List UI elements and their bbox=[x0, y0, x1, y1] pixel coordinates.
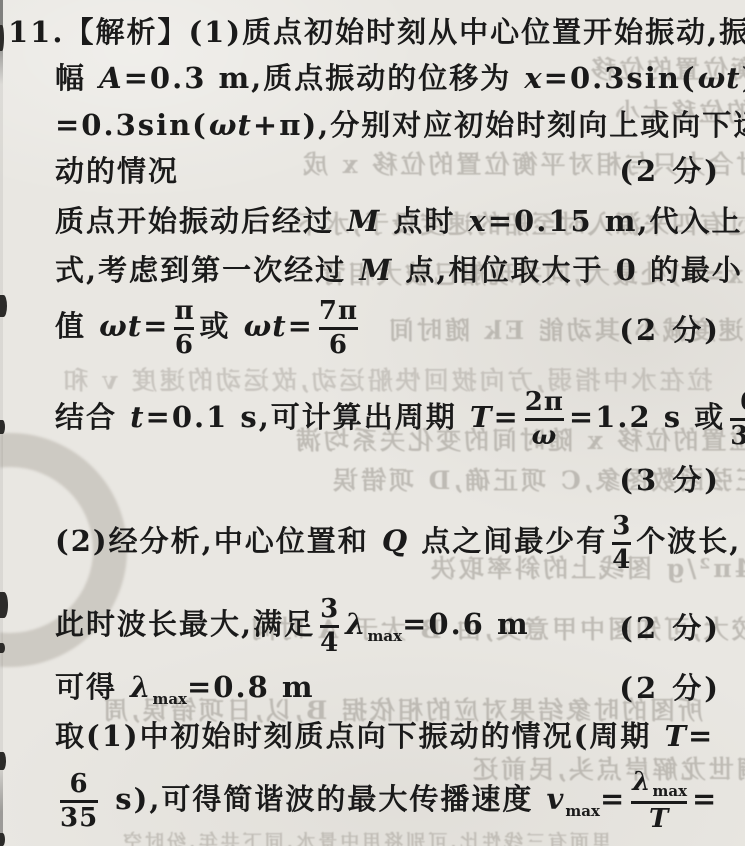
fraction-denominator: 6 bbox=[329, 332, 348, 359]
math-variable: v bbox=[546, 782, 566, 816]
fraction-numerator: 6 bbox=[740, 389, 745, 416]
text-line: 质点开始振动后经过 M 点时 x=0.15 m,代入上 bbox=[55, 195, 721, 243]
text-run: 11.【解析】(1)质点初始时刻从中心位置开始振动,振 bbox=[8, 15, 745, 49]
text-run: = bbox=[493, 400, 519, 434]
math-variable: M bbox=[358, 253, 393, 287]
score-badge: (2 分) bbox=[619, 666, 721, 707]
line-content: 值 ωt=π6或 ωt=7π6 bbox=[55, 298, 363, 358]
text-line: 此时波长最大,满足34λmax=0.6 m(2 分) bbox=[55, 597, 721, 655]
text-line: 幅 A=0.3 m,质点振动的位移为 x=0.3sin(ωt)或 x bbox=[55, 52, 721, 100]
text-run: 3 bbox=[320, 594, 339, 624]
line-content: 取(1)中初始时刻质点向下振动的情况(周期 T= bbox=[55, 714, 714, 755]
fraction-denominator: 4 bbox=[612, 547, 631, 574]
math-variable: T bbox=[663, 719, 688, 753]
text-run: 4 bbox=[320, 628, 339, 658]
text-run: =0.6 m bbox=[402, 607, 530, 641]
text-run: 7π bbox=[319, 296, 358, 326]
text-run: 动的情况 bbox=[55, 154, 179, 188]
text-run: 此时波长最大,满足 bbox=[55, 607, 315, 641]
text-run: =1.2 s 或 bbox=[569, 400, 725, 434]
line-content: 635 s),可得简谐波的最大传播速度 vmax=λmaxT= bbox=[55, 769, 718, 833]
subscript: max bbox=[565, 802, 600, 820]
fraction: 2πω bbox=[525, 389, 564, 449]
text-run: 35 bbox=[60, 803, 98, 833]
text-run: 6 bbox=[740, 387, 745, 417]
line-content: 此时波长最大,满足34λmax=0.6 m bbox=[55, 596, 530, 656]
fraction-numerator: 2π bbox=[525, 389, 564, 416]
fraction-denominator: 6 bbox=[175, 332, 194, 359]
math-variable: λ bbox=[631, 767, 652, 797]
fraction-denominator: 4 bbox=[320, 630, 339, 657]
math-variable: M bbox=[346, 204, 381, 238]
text-run: 质点开始振动后经过 bbox=[55, 204, 346, 238]
fraction: π6 bbox=[174, 298, 194, 358]
text-lines: 11.【解析】(1)质点初始时刻从中心位置开始振动,振幅 A=0.3 m,质点振… bbox=[0, 0, 745, 846]
fraction-denominator: 35 bbox=[60, 805, 98, 832]
subscript: max bbox=[152, 689, 187, 707]
text-run: 3 bbox=[612, 511, 631, 541]
text-run: 个波长, bbox=[636, 524, 741, 558]
text-run: 幅 bbox=[55, 61, 98, 95]
math-variable: T bbox=[648, 804, 670, 834]
text-line: 值 ωt=π6或 ωt=7π6(2 分) bbox=[55, 300, 721, 356]
score-badge: (2 分) bbox=[619, 606, 721, 647]
text-run: = bbox=[688, 719, 714, 753]
fraction-numerator: 6 bbox=[70, 771, 89, 798]
text-run: = bbox=[288, 309, 314, 343]
fraction: 34 bbox=[612, 513, 631, 573]
text-run: 点时 bbox=[381, 204, 467, 238]
score-badge: (2 分) bbox=[619, 308, 721, 349]
fraction: 635 bbox=[730, 389, 745, 449]
fraction: 7π6 bbox=[319, 298, 358, 358]
math-variable: λ bbox=[344, 607, 367, 641]
subscript: max bbox=[652, 782, 687, 800]
edge-speck bbox=[0, 833, 5, 846]
text-run: 式,考虑到第一次经过 bbox=[55, 253, 358, 287]
line-content: 结合 t=0.1 s,可计算出周期 T=2πω=1.2 s 或635 s bbox=[55, 389, 745, 449]
text-run: =0.8 m bbox=[187, 670, 315, 704]
text-line: (2)经分析,中心位置和 Q 点之间最少有34个波长, bbox=[55, 514, 721, 572]
math-variable: ωt bbox=[98, 309, 143, 343]
math-variable: T bbox=[469, 400, 494, 434]
text-run: s),可得简谐波的最大传播速度 bbox=[103, 782, 545, 816]
line-content: 动的情况 bbox=[55, 149, 179, 190]
text-line: 可得 λmax=0.8 m(2 分) bbox=[55, 662, 721, 710]
line-content: 式,考虑到第一次经过 M 点,相位取大于 0 的最小 bbox=[55, 248, 743, 289]
math-variable: ω bbox=[530, 421, 558, 451]
scanned-solution-page: 动的速度与相对平衡位置的位移合力与轴相对平衡位置的位移大小到时合力只与相对平衡位… bbox=[0, 0, 745, 846]
text-line: 式,考虑到第一次经过 M 点,相位取大于 0 的最小 bbox=[55, 244, 721, 292]
text-run: (2)经分析,中心位置和 bbox=[55, 524, 381, 558]
fraction: 635 bbox=[60, 771, 98, 831]
fraction-numerator: λmax bbox=[631, 769, 687, 799]
text-run: 可得 bbox=[55, 670, 129, 704]
subscript: max bbox=[368, 627, 403, 645]
math-variable: ωt bbox=[243, 309, 288, 343]
math-variable: x bbox=[523, 61, 543, 95]
score-badge: (3 分) bbox=[619, 458, 721, 499]
text-run: 点,相位取大于 0 的最小 bbox=[393, 253, 743, 287]
math-variable: ωt bbox=[208, 108, 253, 142]
fraction-denominator: T bbox=[648, 806, 670, 833]
math-variable: ωt bbox=[697, 61, 742, 95]
text-run: 6 bbox=[329, 330, 348, 360]
edge-speck bbox=[0, 25, 4, 51]
fraction: 34 bbox=[320, 596, 339, 656]
text-run: = bbox=[692, 782, 718, 816]
text-line: =0.3sin(ωt+π),分别对应初始时刻向上或向下运 bbox=[55, 99, 721, 147]
edge-speck bbox=[0, 643, 5, 653]
score-badge: (2 分) bbox=[619, 149, 721, 190]
line-content: 幅 A=0.3 m,质点振动的位移为 x=0.3sin(ωt)或 x bbox=[55, 56, 745, 97]
subscripted-variable: vmax bbox=[546, 782, 600, 816]
math-variable: λ bbox=[129, 670, 152, 704]
text-run: 值 bbox=[55, 309, 98, 343]
text-run: 或 bbox=[199, 309, 242, 343]
text-run: = bbox=[143, 309, 169, 343]
score-line: (3 分) bbox=[55, 454, 721, 502]
fraction-numerator: 3 bbox=[320, 596, 339, 623]
line-content: =0.3sin(ωt+π),分别对应初始时刻向上或向下运 bbox=[55, 103, 745, 144]
text-line: 动的情况(2 分) bbox=[55, 145, 721, 193]
solution-heading-line: 11.【解析】(1)质点初始时刻从中心位置开始振动,振 bbox=[8, 6, 721, 54]
fraction-numerator: 3 bbox=[612, 513, 631, 540]
subscripted-variable: λmax bbox=[344, 607, 402, 641]
text-run: )或 bbox=[742, 61, 745, 95]
fraction-numerator: π bbox=[174, 298, 194, 325]
text-line: 635 s),可得简谐波的最大传播速度 vmax=λmaxT= bbox=[55, 768, 721, 834]
text-run: =0.15 m,代入上 bbox=[488, 204, 743, 238]
line-content: 质点开始振动后经过 M 点时 x=0.15 m,代入上 bbox=[55, 199, 743, 240]
text-run: 取(1)中初始时刻质点向下振动的情况(周期 bbox=[55, 719, 663, 753]
text-run: 6 bbox=[175, 330, 194, 360]
edge-speck bbox=[0, 592, 8, 618]
edge-speck bbox=[0, 295, 7, 317]
text-line: 取(1)中初始时刻质点向下振动的情况(周期 T= bbox=[55, 710, 721, 758]
math-variable: x bbox=[467, 204, 487, 238]
text-run: 35 bbox=[730, 421, 745, 451]
text-run: 点之间最少有 bbox=[409, 524, 607, 558]
fraction-numerator: 7π bbox=[319, 298, 358, 325]
text-run: π bbox=[174, 296, 194, 326]
fraction: λmaxT bbox=[631, 769, 687, 833]
subscripted-variable: λmax bbox=[129, 670, 187, 704]
line-content: (2)经分析,中心位置和 Q 点之间最少有34个波长, bbox=[55, 513, 741, 573]
line-content: 11.【解析】(1)质点初始时刻从中心位置开始振动,振 bbox=[8, 10, 745, 51]
text-run: =0.3sin( bbox=[55, 108, 208, 142]
text-run: 结合 bbox=[55, 400, 129, 434]
edge-speck bbox=[0, 420, 5, 434]
math-variable: A bbox=[98, 61, 124, 95]
text-run: =0.3 m,质点振动的位移为 bbox=[124, 61, 524, 95]
subscripted-variable: λmax bbox=[631, 767, 687, 797]
fraction-denominator: ω bbox=[530, 423, 558, 450]
text-run: =0.1 s,可计算出周期 bbox=[146, 400, 469, 434]
text-run: 6 bbox=[70, 769, 89, 799]
math-variable: Q bbox=[381, 524, 409, 558]
edge-speck bbox=[0, 752, 6, 770]
fraction-denominator: 35 bbox=[730, 423, 745, 450]
text-run: =0.3sin( bbox=[544, 61, 697, 95]
text-run: +π),分别对应初始时刻向上或向下运 bbox=[253, 108, 745, 142]
text-line: 结合 t=0.1 s,可计算出周期 T=2πω=1.2 s 或635 s bbox=[55, 390, 721, 448]
math-variable: t bbox=[129, 400, 145, 434]
text-run: 4 bbox=[612, 545, 631, 575]
text-run: 2π bbox=[525, 387, 564, 417]
text-run: = bbox=[600, 782, 626, 816]
line-content: 可得 λmax=0.8 m bbox=[55, 665, 315, 708]
